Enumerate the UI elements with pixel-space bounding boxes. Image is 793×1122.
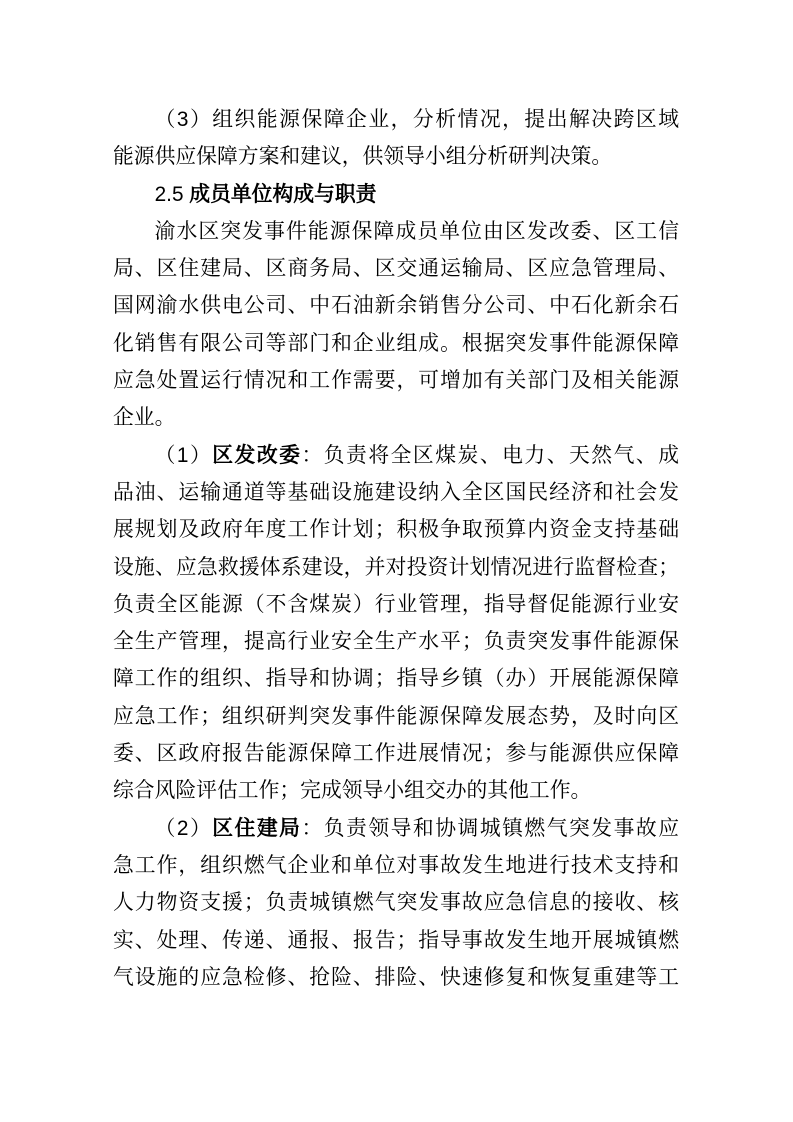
text-run: 能源供应保障方案和建议，供领导小组分析研判决策。 xyxy=(113,145,612,168)
text-run: （3）组织能源保障企业，分析情况，提出解决跨区域 xyxy=(155,108,679,131)
text-line: 全生产管理，提高行业安全生产水平；负责突发事件能源保 xyxy=(113,623,679,660)
text-line: （3）组织能源保障企业，分析情况，提出解决跨区域 xyxy=(113,101,679,138)
bold-text-run: 成员单位构成与职责 xyxy=(189,183,376,206)
text-line: 应急处置运行情况和工作需要，可增加有关部门及相关能源 xyxy=(113,362,679,399)
paragraph-item-1-fagaiwei: （1）区发改委：负责将全区煤炭、电力、天然气、成品油、运输通道等基础设施建设纳入… xyxy=(113,437,679,810)
text-run: 综合风险评估工作；完成领导小组交办的其他工作。 xyxy=(113,779,591,802)
text-line: 企业。 xyxy=(113,399,679,436)
bold-text-run: 区发改委 xyxy=(212,444,301,467)
text-run: ：负责领导和协调城镇燃气突发事故应 xyxy=(301,817,679,840)
text-run: 应急处置运行情况和工作需要，可增加有关部门及相关能源 xyxy=(113,369,679,392)
text-run: 展规划及政府年度工作计划；积极争取预算内资金支持基础 xyxy=(113,518,679,541)
paragraph-item-2-zhujianju: （2）区住建局：负责领导和协调城镇燃气突发事故应急工作，组织燃气企业和单位对事故… xyxy=(113,810,679,996)
text-run: 渝水区突发事件能源保障成员单位由区发改委、区工信 xyxy=(155,220,679,243)
text-line: 气设施的应急检修、抢险、排险、快速修复和恢复重建等工 xyxy=(113,959,679,996)
text-run: （1） xyxy=(155,444,213,467)
text-line: 展规划及政府年度工作计划；积极争取预算内资金支持基础 xyxy=(113,511,679,548)
text-run: 气设施的应急检修、抢险、排险、快速修复和恢复重建等工 xyxy=(113,966,679,989)
text-run: 企业。 xyxy=(113,406,175,429)
document-page: （3）组织能源保障企业，分析情况，提出解决跨区域能源供应保障方案和建议，供领导小… xyxy=(0,0,793,1122)
text-line: 国网渝水供电公司、中石油新余销售分公司、中石化新余石 xyxy=(113,287,679,324)
text-run: 品油、运输通道等基础设施建设纳入全区国民经济和社会发 xyxy=(113,481,679,504)
text-run: 急工作，组织燃气企业和单位对事故发生地进行技术支持和 xyxy=(113,854,679,877)
text-run: 化销售有限公司等部门和企业组成。根据突发事件能源保障 xyxy=(113,332,679,355)
text-run: 障工作的组织、指导和协调；指导乡镇（办）开展能源保障 xyxy=(113,667,679,690)
text-line: 急工作，组织燃气企业和单位对事故发生地进行技术支持和 xyxy=(113,847,679,884)
text-run: ：负责将全区煤炭、电力、天然气、成 xyxy=(301,444,679,467)
text-line: 障工作的组织、指导和协调；指导乡镇（办）开展能源保障 xyxy=(113,660,679,697)
paragraph-item-3-continued: （3）组织能源保障企业，分析情况，提出解决跨区域能源供应保障方案和建议，供领导小… xyxy=(113,101,679,176)
paragraph-member-units: 渝水区突发事件能源保障成员单位由区发改委、区工信局、区住建局、区商务局、区交通运… xyxy=(113,213,679,437)
text-line: 综合风险评估工作；完成领导小组交办的其他工作。 xyxy=(113,772,679,809)
text-line: 2.5 成员单位构成与职责 xyxy=(113,176,679,213)
bold-text-run: 区住建局 xyxy=(212,817,301,840)
text-run: 2.5 xyxy=(155,183,190,206)
heading-2-5: 2.5 成员单位构成与职责 xyxy=(113,176,679,213)
text-run: 局、区住建局、区商务局、区交通运输局、区应急管理局、 xyxy=(113,257,679,280)
text-line: 化销售有限公司等部门和企业组成。根据突发事件能源保障 xyxy=(113,325,679,362)
text-run: （2） xyxy=(155,817,213,840)
text-line: 局、区住建局、区商务局、区交通运输局、区应急管理局、 xyxy=(113,250,679,287)
text-run: 负责全区能源（不含煤炭）行业管理，指导督促能源行业安 xyxy=(113,593,679,616)
text-run: 人力物资支援；负责城镇燃气突发事故应急信息的接收、核 xyxy=(113,891,679,914)
text-run: 国网渝水供电公司、中石油新余销售分公司、中石化新余石 xyxy=(113,294,679,317)
text-line: 应急工作；组织研判突发事件能源保障发展态势，及时向区 xyxy=(113,698,679,735)
text-run: 实、处理、传递、通报、报告；指导事故发生地开展城镇燃 xyxy=(113,929,679,952)
text-run: 设施、应急救援体系建设，并对投资计划情况进行监督检查； xyxy=(113,556,679,579)
text-line: 渝水区突发事件能源保障成员单位由区发改委、区工信 xyxy=(113,213,679,250)
text-line: 实、处理、传递、通报、报告；指导事故发生地开展城镇燃 xyxy=(113,922,679,959)
document-body: （3）组织能源保障企业，分析情况，提出解决跨区域能源供应保障方案和建议，供领导小… xyxy=(113,101,679,996)
text-line: 设施、应急救援体系建设，并对投资计划情况进行监督检查； xyxy=(113,549,679,586)
text-run: 全生产管理，提高行业安全生产水平；负责突发事件能源保 xyxy=(113,630,679,653)
text-line: 委、区政府报告能源保障工作进展情况；参与能源供应保障 xyxy=(113,735,679,772)
text-line: 人力物资支援；负责城镇燃气突发事故应急信息的接收、核 xyxy=(113,884,679,921)
text-run: 应急工作；组织研判突发事件能源保障发展态势，及时向区 xyxy=(113,705,679,728)
text-line: （1）区发改委：负责将全区煤炭、电力、天然气、成 xyxy=(113,437,679,474)
text-line: 品油、运输通道等基础设施建设纳入全区国民经济和社会发 xyxy=(113,474,679,511)
text-line: 能源供应保障方案和建议，供领导小组分析研判决策。 xyxy=(113,138,679,175)
text-line: （2）区住建局：负责领导和协调城镇燃气突发事故应 xyxy=(113,810,679,847)
text-line: 负责全区能源（不含煤炭）行业管理，指导督促能源行业安 xyxy=(113,586,679,623)
text-run: 委、区政府报告能源保障工作进展情况；参与能源供应保障 xyxy=(113,742,679,765)
